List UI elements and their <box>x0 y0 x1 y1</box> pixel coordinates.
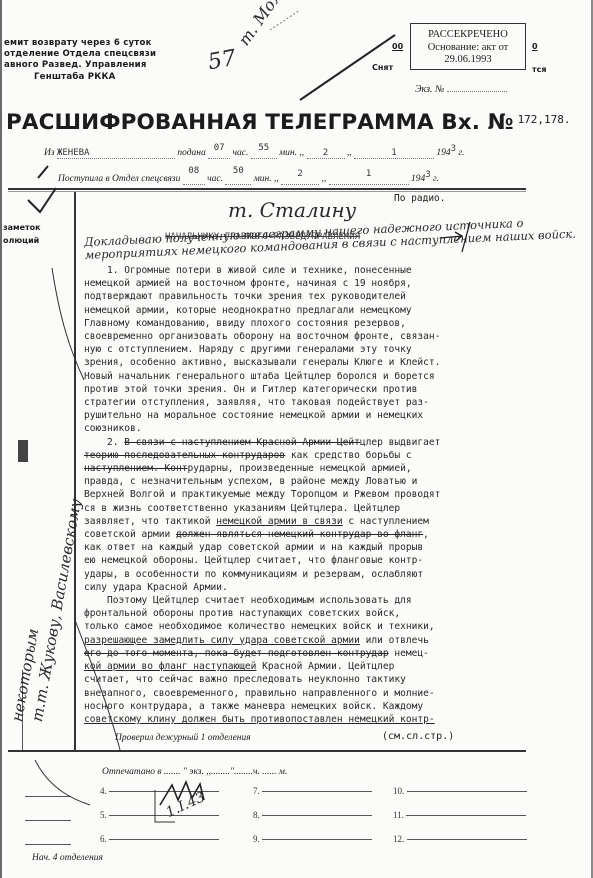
header-fragment: тся <box>532 65 547 74</box>
year-label: г. <box>458 148 464 158</box>
minutes-label: мин. <box>254 174 272 184</box>
underlined-text: разрешающее замедлить силу удара советск… <box>84 635 360 646</box>
text-segment: или отвлечь <box>360 635 429 646</box>
copy-number: Экз. № <box>415 84 507 95</box>
divider <box>8 188 526 190</box>
telegram-body: 1. Огромные потери в живой силе и техник… <box>84 264 584 726</box>
declassified-stamp: РАССЕКРЕЧЕНО Основание: акт от 29.06.199… <box>410 23 526 70</box>
from-city: ЖЕНЕВА <box>57 148 90 158</box>
distribution-blank <box>25 844 71 845</box>
text-segment: считает, что сейчас важно преследовать н… <box>84 674 406 685</box>
body-line: носного контрудара, а также маневра неме… <box>84 700 584 713</box>
distribution-blank <box>407 791 527 792</box>
page-edge-left <box>0 0 2 878</box>
distribution-entry: 9. <box>253 834 372 844</box>
body-line: Главному командованию, ввиду плохого сос… <box>84 317 584 330</box>
handwritten-margin-note: т.т. Жукову, Василевскому <box>28 497 85 723</box>
body-line: подтверждают правильность точки зрения т… <box>84 290 584 303</box>
text-segment: только самое необходимое количество неме… <box>84 621 435 632</box>
text-segment: как средство борьбы с <box>285 450 411 461</box>
year-label: г. <box>433 174 439 184</box>
body-line: его до того момента, пока будет подготов… <box>84 647 584 660</box>
header-line: авного Развед. Управления <box>4 60 156 71</box>
stamp-line: Основание: акт от <box>411 42 525 55</box>
margin-label-line: олюций <box>3 235 41 248</box>
telegram-number: 172,178. <box>518 113 571 126</box>
title-text: РАСШИФРОВАННАЯ ТЕЛЕГРАММА Вх. № <box>6 110 514 135</box>
text-segment: рушительно на моральное состояние немецк… <box>84 410 423 421</box>
body-line: рушительно на моральное состояние немецк… <box>84 409 584 422</box>
margin-rule <box>74 192 76 750</box>
continued-note: (см.сл.стр.) <box>382 731 454 742</box>
body-line: советской армии должен являться немецкий… <box>84 528 584 541</box>
body-line: 1. Огромные потери в живой силе и техник… <box>84 264 584 277</box>
distribution-entry: 7. <box>253 786 372 796</box>
body-line: ею немецкой обороны. Цейтцлер считает, ч… <box>84 554 584 567</box>
underlined-text: советскому клину должен быть противопост… <box>84 714 435 725</box>
body-line: кой армии во фланг наступающей Красной А… <box>84 660 584 673</box>
text-segment: советской армии <box>84 529 176 540</box>
stamp-line: 29.06.1993 <box>411 54 525 67</box>
struck-text: наступлением. Конт <box>84 463 187 474</box>
distribution-entry: 6. <box>100 834 219 844</box>
text-segment: ею немецкой обороны. Цейтцлер считает, ч… <box>84 555 423 566</box>
submitted-hour: 07 <box>214 143 225 153</box>
body-line: Верхней Волгой и практикуемые между Торо… <box>84 488 584 501</box>
from-label: Из <box>44 148 55 158</box>
distribution-blank <box>406 815 526 816</box>
text-segment: как ответ на каждый удар советской армии… <box>84 542 423 553</box>
body-line: как ответ на каждый удар советской армии… <box>84 541 584 554</box>
text-segment: , <box>423 529 429 540</box>
submitted-label: подана <box>177 148 205 158</box>
text-segment: немец- <box>389 648 429 659</box>
header-line: Генштаба РККА <box>4 72 156 83</box>
body-line: 2. В связи с наступлением Красной Армии … <box>84 436 584 449</box>
header-return-notice: емит возврату через 6 суток отделение От… <box>4 38 156 83</box>
document-title: РАСШИФРОВАННАЯ ТЕЛЕГРАММА Вх. №172,178. <box>6 110 571 135</box>
body-line: союзников. <box>84 422 584 435</box>
distribution-blank <box>25 820 71 821</box>
handwritten-addressee: т. Сталину <box>228 198 356 222</box>
year-prefix: 194 <box>411 174 425 184</box>
distribution-entry: 12. <box>393 834 527 844</box>
submitted-month: 1 <box>391 148 396 158</box>
received-label: Поступила в Отдел спецсвязи <box>58 174 180 184</box>
handwritten-resolution: т. Молотову <box>234 0 315 49</box>
struck-text: В связи с наступлением Красной Армии Цей… <box>124 437 360 448</box>
body-line: стратегии отступления, заявляя, что тако… <box>84 396 584 409</box>
body-line: немецкой армии, которые неоднократно пре… <box>84 304 584 317</box>
distribution-blank <box>109 815 219 816</box>
text-segment: подтверждают правильность точки зрения т… <box>84 291 406 302</box>
text-segment: удары, в особенности по коммуникациям и … <box>84 569 423 580</box>
struck-text: должен являться немецкий контрудар во фл… <box>176 529 423 540</box>
hour-label: час. <box>232 148 248 158</box>
handwritten-number: 57 <box>206 46 238 75</box>
distribution-entry: 11. <box>393 810 526 820</box>
body-line: немецкой армией на восточном фронте, нач… <box>84 277 584 290</box>
distribution-number: 4. <box>100 786 109 796</box>
distribution-number: 6. <box>100 834 109 844</box>
text-segment: 2. <box>84 437 124 448</box>
body-line: зрения, особенно активно, высказывали ге… <box>84 356 584 369</box>
distribution-entry: 5. <box>100 810 219 820</box>
stamp-line: РАССЕКРЕЧЕНО <box>411 29 525 42</box>
distribution-number: 7. <box>253 786 262 796</box>
body-line: разрешающее замедлить силу удара советск… <box>84 634 584 647</box>
body-line: фронтальной обороны против наступающих с… <box>84 607 584 620</box>
body-line: только самое необходимое количество неме… <box>84 620 584 633</box>
text-segment: Новый начальник генерального штаба Цейтц… <box>84 371 435 382</box>
body-line: удары, в особенности по коммуникациям и … <box>84 568 584 581</box>
text-segment: немецкой армией на восточном фронте, нач… <box>84 278 412 289</box>
divider <box>8 191 526 192</box>
body-line: правда, с незначительным успехом, в райо… <box>84 475 584 488</box>
text-segment: 1. Огромные потери в живой силе и техник… <box>84 265 412 276</box>
text-segment: союзников. <box>84 423 141 434</box>
body-line: внезапного, своевременного, правильно на… <box>84 687 584 700</box>
text-segment: заявляет, что тактикой <box>84 516 216 527</box>
copy-number-blank <box>447 91 507 92</box>
distribution-number: 11. <box>393 810 406 820</box>
submitted-day: 2 <box>323 148 328 158</box>
text-segment: рударны, произведенные немецкой армией, <box>187 463 411 474</box>
head-of-department: Нач. 4 отделения <box>32 853 103 863</box>
printed-copies-line: Отпечатано в ....... " экз. ,,........".… <box>102 767 287 777</box>
body-line: Поэтому Цейтцлер считает необходимым исп… <box>84 594 584 607</box>
text-segment: Верхней Волгой и практикуемые между Торо… <box>84 489 440 500</box>
body-line: наступлением. Контрударны, произведенные… <box>84 462 584 475</box>
text-segment: Поэтому Цейтцлер считает необходимым исп… <box>84 595 412 606</box>
text-segment: внезапного, своевременного, правильно на… <box>84 688 435 699</box>
text-segment: фронтальной обороны против наступающих с… <box>84 608 400 619</box>
minutes-label: мин. <box>279 148 297 158</box>
distribution-blank <box>262 839 372 840</box>
body-line: ся в жизнь соответственно указаниям Цейт… <box>84 502 584 515</box>
text-segment: правда, с незначительным успехом, в райо… <box>84 476 417 487</box>
distribution-entry: 10. <box>393 786 527 796</box>
body-line: заявляет, что тактикой немецкой армии в … <box>84 515 584 528</box>
header-line: емит возврату через 6 суток <box>4 38 156 49</box>
submitted-minutes: 55 <box>258 143 269 153</box>
text-segment: с наступлением <box>343 516 429 527</box>
header-fragment: Снят <box>372 63 393 72</box>
received-year-suffix: 3 <box>425 170 430 180</box>
distribution-blank <box>262 791 372 792</box>
transmission-method: По радио. <box>394 193 445 204</box>
distribution-number: 5. <box>100 810 109 820</box>
body-line: советскому клину должен быть противопост… <box>84 713 584 726</box>
header-fragment: 0 <box>532 42 538 51</box>
submitted-row: Из ЖЕНЕВА подана 07 час. 55 мин. ,, 2 ,,… <box>44 143 464 159</box>
text-segment: немецкой армии, которые неоднократно пре… <box>84 305 412 316</box>
margin-notes-label: заметок олюций <box>3 222 41 247</box>
body-line: ную с отступлением. Наряду с другими ген… <box>84 343 584 356</box>
distribution-blank <box>109 839 219 840</box>
hour-label: час. <box>207 174 223 184</box>
text-segment: силу удара Красной Армии. <box>84 582 228 593</box>
body-line: теорию последовательных контрударов как … <box>84 449 584 462</box>
text-segment: своевременно организовать оборону на вос… <box>84 331 440 342</box>
text-segment: ся в жизнь соответственно указаниям Цейт… <box>84 503 400 514</box>
distribution-blank <box>25 796 71 797</box>
received-row: Поступила в Отдел спецсвязи 08 час. 50 м… <box>58 166 439 185</box>
submitted-year-suffix: 3 <box>451 144 456 154</box>
text-segment: Главному командованию, ввиду плохого сос… <box>84 318 406 329</box>
margin-label-line: заметок <box>3 222 41 235</box>
text-segment: зрения, особенно активно, высказывали ге… <box>84 357 440 368</box>
text-segment: цлер выдвигает <box>360 437 440 448</box>
body-line: против этой точки зрения. Он и Гитлер ка… <box>84 383 584 396</box>
header-fragment: 00 <box>392 42 403 51</box>
received-day: 2 <box>297 169 302 179</box>
distribution-number: 8. <box>253 810 262 820</box>
copy-number-label: Экз. № <box>415 84 444 95</box>
distribution-number: 12. <box>393 834 407 844</box>
text-segment: носного контрудара, а также маневра неме… <box>84 701 423 712</box>
year-prefix: 194 <box>436 148 450 158</box>
body-line: Новый начальник генерального штаба Цейтц… <box>84 370 584 383</box>
distribution-entry: 8. <box>253 810 372 820</box>
distribution-number: 10. <box>393 786 407 796</box>
body-line: своевременно организовать оборону на вос… <box>84 330 584 343</box>
header-line: отделение Отдела спецсвязи <box>4 49 156 60</box>
text-segment: ную с отступлением. Наряду с другими ген… <box>84 344 412 355</box>
text-segment: стратегии отступления, заявляя, что тако… <box>84 397 429 408</box>
distribution-number: 9. <box>253 834 262 844</box>
distribution-blank <box>262 815 372 816</box>
underlined-text: немецкой армии в связи <box>216 516 342 527</box>
checked-by: Проверил дежурный 1 отделения <box>115 733 251 743</box>
received-hour: 08 <box>188 166 199 176</box>
struck-text: его до того момента, пока будет подготов… <box>84 648 389 659</box>
received-minutes: 50 <box>233 166 244 176</box>
body-line: считает, что сейчас важно преследовать н… <box>84 673 584 686</box>
received-month: 1 <box>366 169 371 179</box>
divider <box>8 750 526 752</box>
distribution-blank <box>407 839 527 840</box>
struck-text: теорию последовательных контрударов <box>84 450 285 461</box>
text-segment: против этой точки зрения. Он и Гитлер ка… <box>84 384 417 395</box>
underlined-text: кой армии во фланг наступающей <box>84 661 256 672</box>
text-segment: Красной Армии. Цейтцлер <box>256 661 394 672</box>
body-line: силу удара Красной Армии. <box>84 581 584 594</box>
